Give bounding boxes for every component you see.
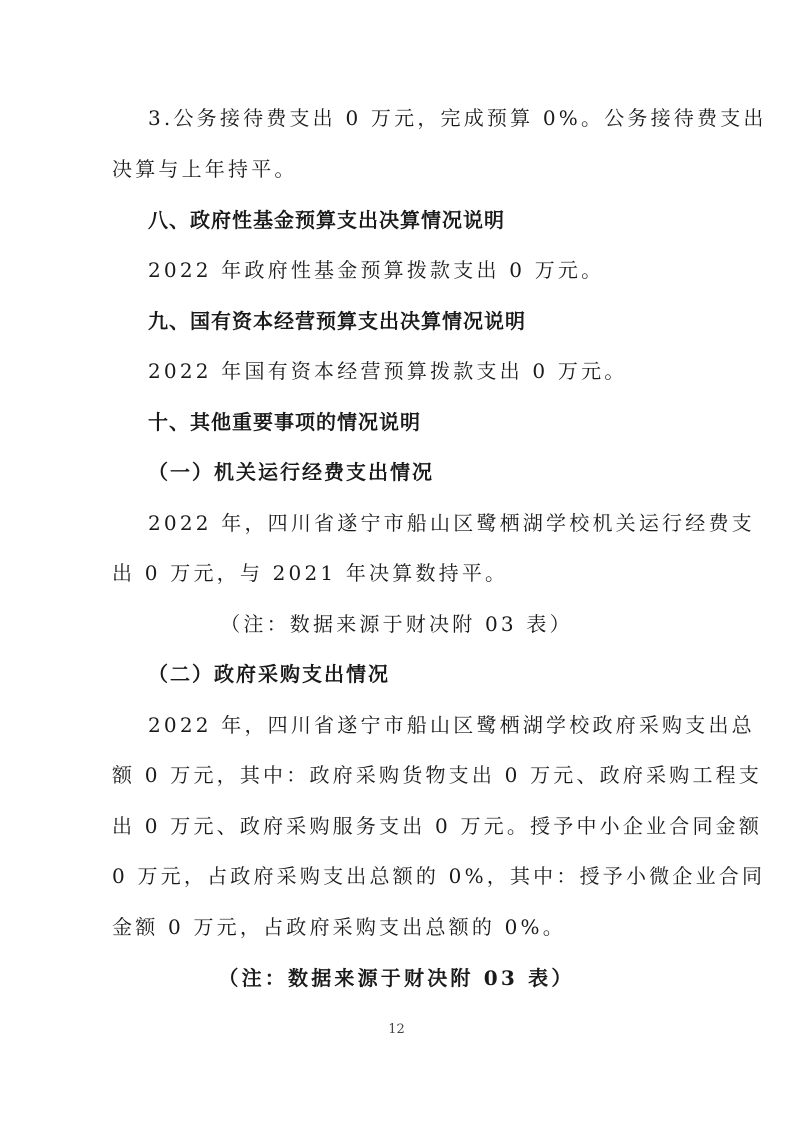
subsection-heading-1: （一）机关运行经费支出情况 bbox=[148, 460, 434, 484]
page-number: 12 bbox=[0, 1022, 793, 1037]
paragraph-line: 0 万元，占政府采购支出总额的 0%，其中：授予小微企业合同 bbox=[112, 864, 765, 888]
section-heading-8: 八、政府性基金预算支出决算情况说明 bbox=[148, 208, 505, 232]
paragraph-line: 3.公务接待费支出 0 万元，完成预算 0%。公务接待费支出 bbox=[148, 106, 767, 130]
paragraph-line: 2022 年政府性基金预算拨款支出 0 万元。 bbox=[148, 258, 604, 282]
paragraph-line: 出 0 万元、政府采购服务支出 0 万元。授予中小企业合同金额 bbox=[112, 814, 762, 838]
paragraph-line: 出 0 万元，与 2021 年决算数持平。 bbox=[112, 561, 508, 585]
paragraph-line: 2022 年国有资本经营预算拨款支出 0 万元。 bbox=[148, 359, 628, 383]
paragraph-line: 决算与上年持平。 bbox=[112, 157, 298, 181]
subsection-heading-2: （二）政府采购支出情况 bbox=[148, 662, 390, 686]
paragraph-line: 额 0 万元，其中：政府采购货物支出 0 万元、政府采购工程支 bbox=[112, 763, 762, 787]
section-heading-10: 十、其他重要事项的情况说明 bbox=[148, 410, 421, 434]
paragraph-line: 2022 年，四川省遂宁市船山区鹭栖湖学校政府采购支出总 bbox=[148, 713, 755, 737]
data-source-note: （注：数据来源于财决附 03 表） bbox=[0, 612, 793, 636]
paragraph-line: 2022 年，四川省遂宁市船山区鹭栖湖学校机关运行经费支 bbox=[148, 511, 755, 535]
paragraph-line: 金额 0 万元，占政府采购支出总额的 0%。 bbox=[112, 915, 566, 939]
section-heading-9: 九、国有资本经营预算支出决算情况说明 bbox=[148, 309, 526, 333]
data-source-note-bold: （注：数据来源于财决附 03 表） bbox=[0, 966, 793, 990]
